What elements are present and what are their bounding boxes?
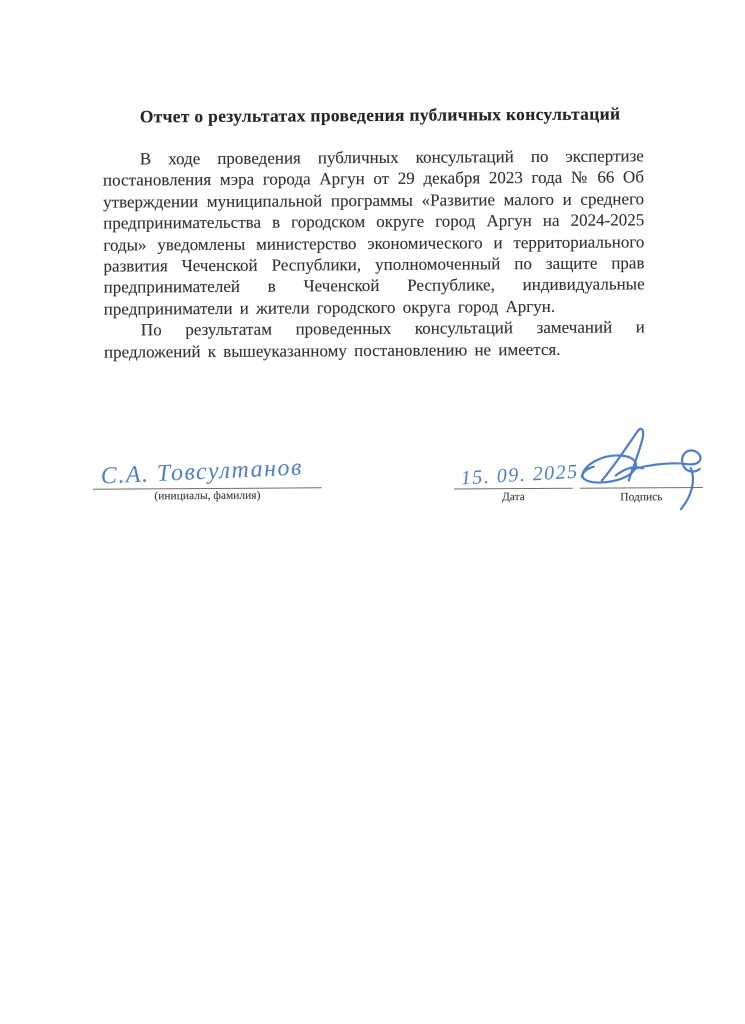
date-line [454,488,573,490]
date-caption: Дата [454,491,573,504]
document-body: В ходе проведения публичных консультаций… [103,145,645,362]
scanned-document-page: Отчет о результатах проведения публичных… [0,0,745,1024]
paragraph-results: По результатам проведенных консультаций … [104,317,645,363]
document-title: Отчет о результатах проведения публичных… [108,103,653,127]
handwritten-date: 15. 09. 2025 [460,461,579,491]
name-caption: (инициалы, фамилия) [93,489,322,502]
scan-content: Отчет о результатах проведения публичных… [0,0,745,1024]
signature-caption: Подпись [580,491,703,504]
paragraph-consultations: В ходе проведения публичных консультаций… [103,145,645,320]
handwritten-initials-surname: С.А. Товсултанов [100,455,303,491]
